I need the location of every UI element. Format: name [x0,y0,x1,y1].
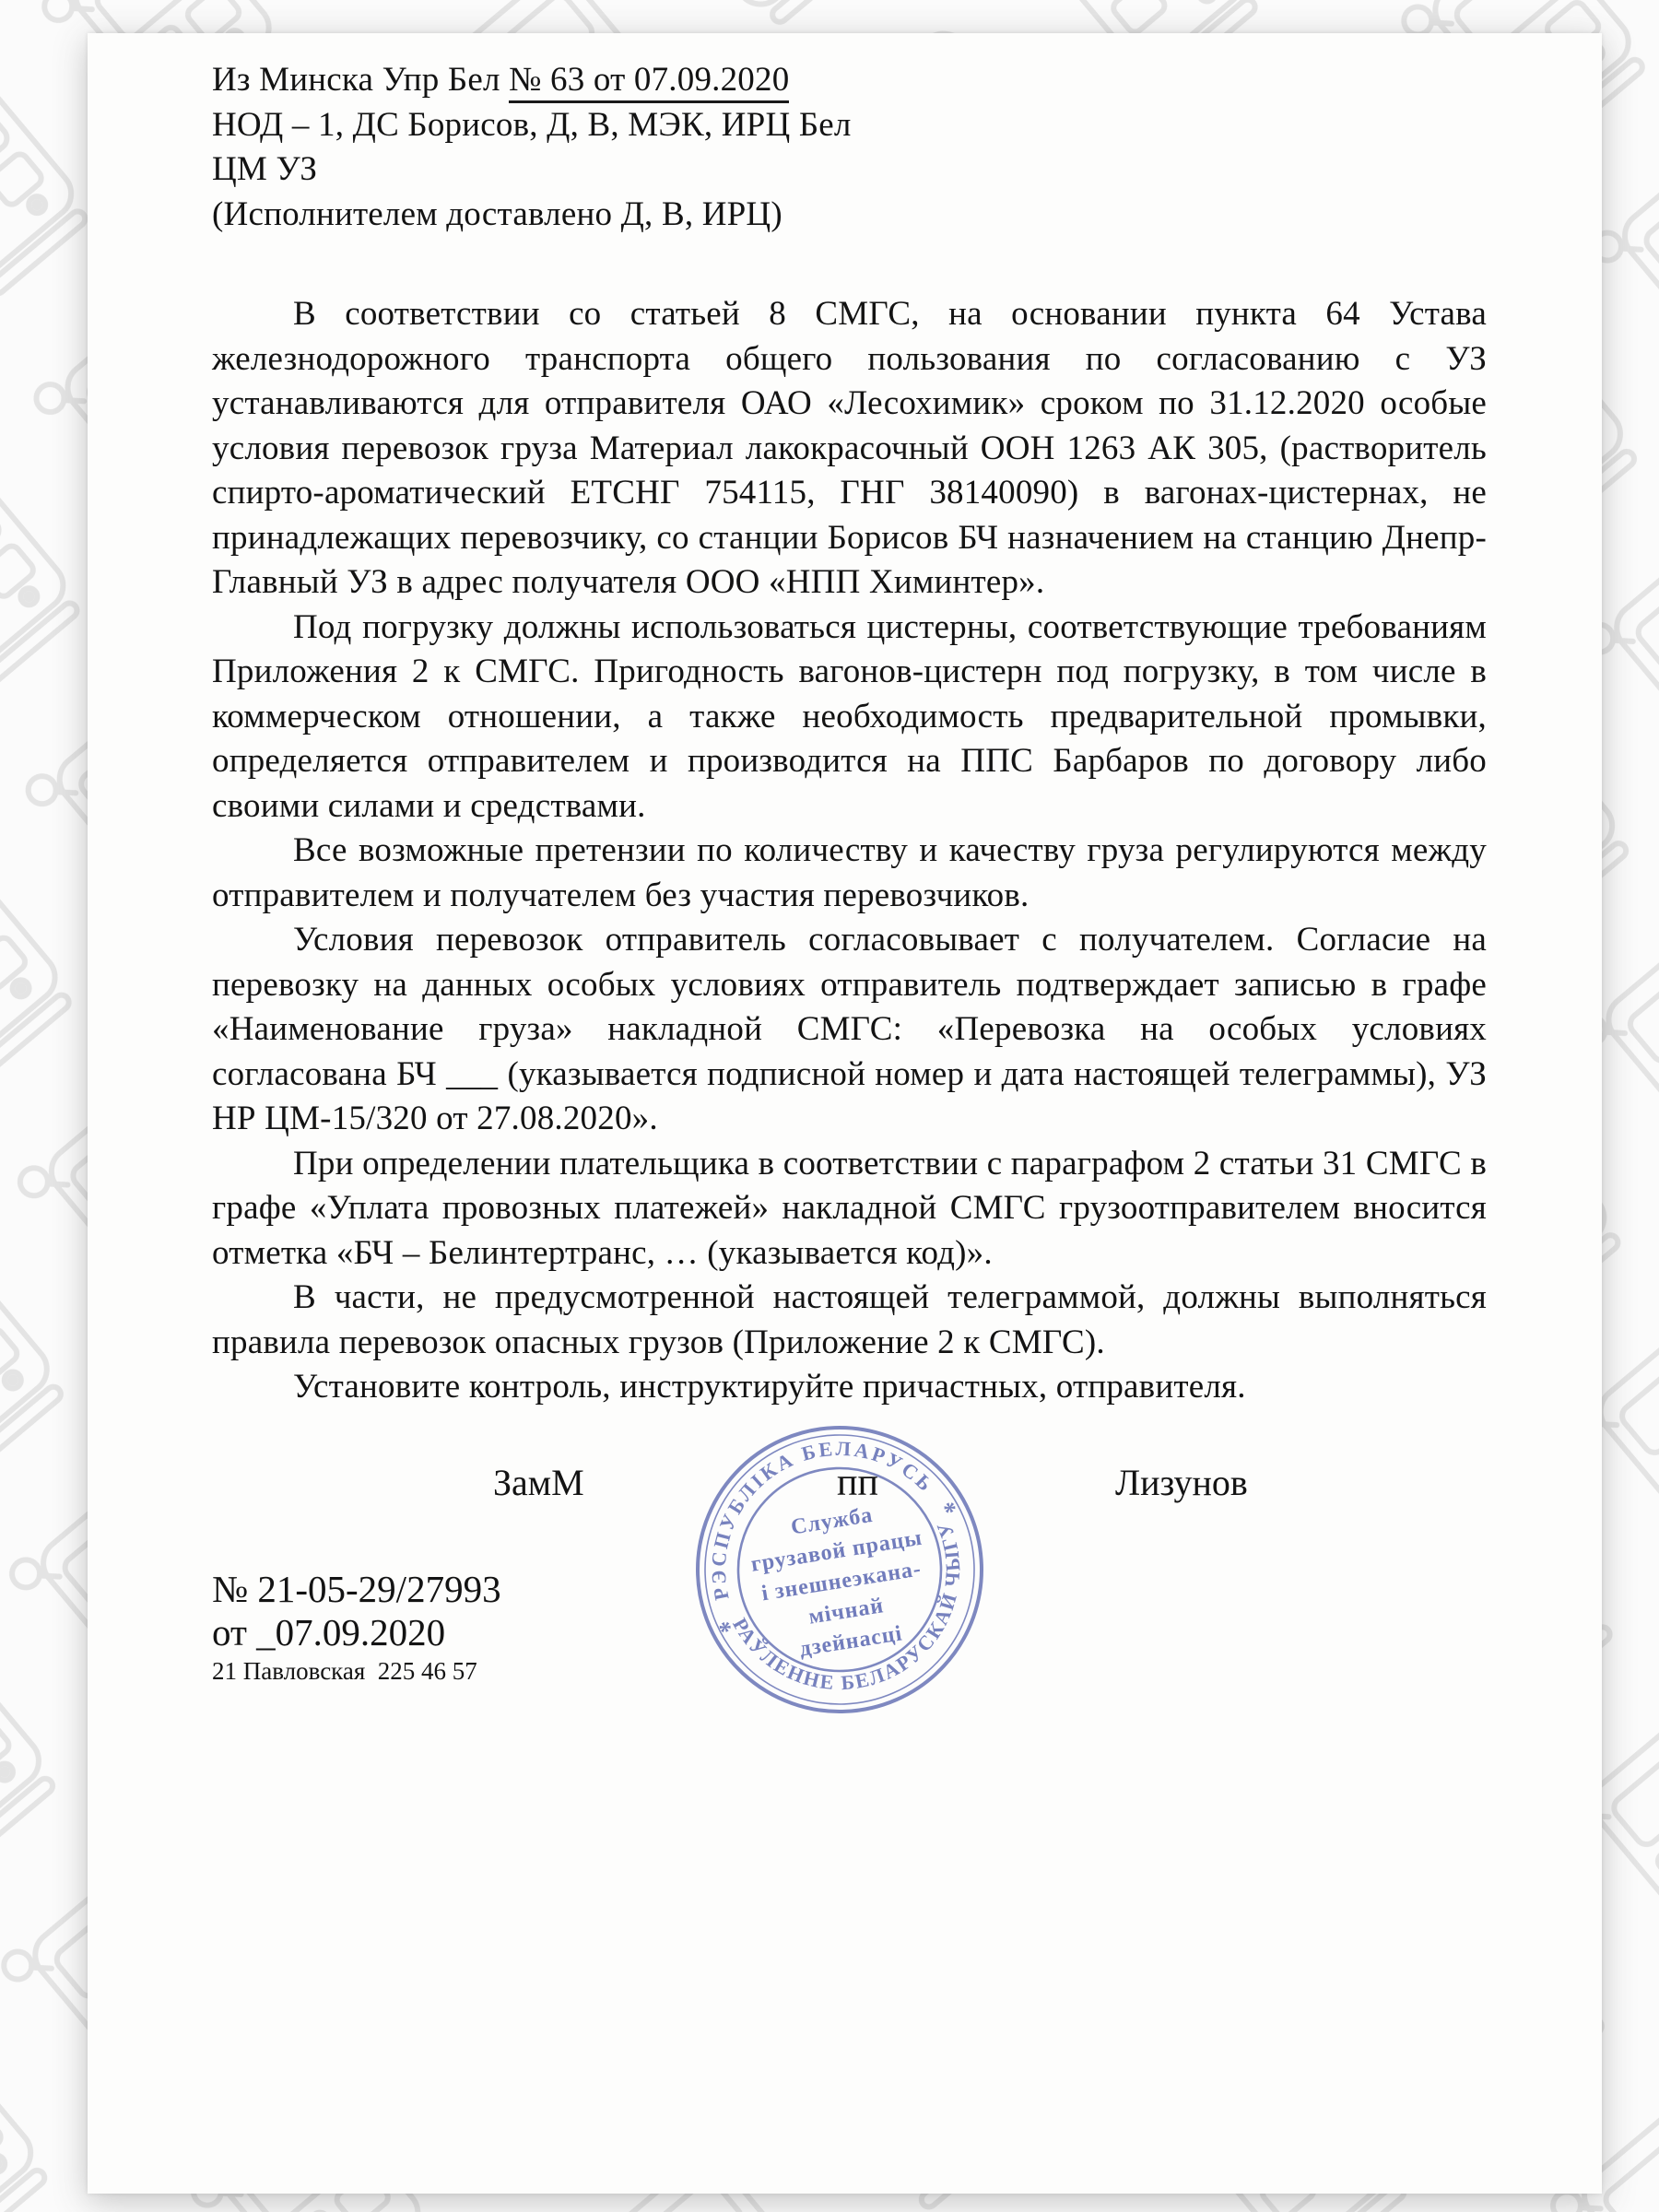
signature-name: Лизунов [1115,1461,1248,1504]
telegram-number-underlined: № 63 от 07.09.2020 [509,61,789,103]
round-stamp: РЭСПУБЛІКА БЕЛАРУСЬ УПРАЎЛЕННЕ БЕЛАРУСКА… [677,1407,1002,1732]
stamp-center-line: Служба [789,1503,875,1540]
header-line-4: (Исполнителем доставлено Д, В, ИРЦ) [212,193,1487,238]
paragraph: Условия перевозок отправитель согласовыв… [212,918,1487,1142]
stamp-center-line: мічнай [807,1594,886,1630]
paragraph: Под погрузку должны использоваться цисте… [212,606,1487,829]
header-line-1: Из Минска Упр Бел № 63 от 07.09.2020 [212,58,1487,103]
document-header: Из Минска Упр Бел № 63 от 07.09.2020 НОД… [212,58,1487,237]
document-footer: № 21-05-29/27993 от _07.09.2020 21 Павло… [212,1568,501,1686]
paragraph: Установите контроль, инструктируйте прич… [212,1365,1487,1410]
header-origin: Из Минска Упр Бел [212,61,509,99]
footer-executor-phone: 21 Павловская 225 46 57 [212,1656,501,1686]
header-line-3: ЦМ УЗ [212,147,1487,193]
paragraph: В соответствии со статьей 8 СМГС, на осн… [212,292,1487,606]
document-body: Из Минска Упр Бел № 63 от 07.09.2020 НОД… [88,33,1602,1410]
paragraph: В части, не предусмотренной настоящей те… [212,1276,1487,1365]
stamp-center-text: Служба грузавой працы і знешнеэкана- міч… [745,1496,938,1666]
footer-ref-date: от _07.09.2020 [212,1611,501,1654]
footer-ref-number: № 21-05-29/27993 [212,1568,501,1611]
paragraph: Все возможные претензии по количеству и … [212,829,1487,918]
signature-position-label: ЗамМ [493,1461,584,1504]
scanned-document-page: Из Минска Упр Бел № 63 от 07.09.2020 НОД… [88,33,1602,2194]
document-text: В соответствии со статьей 8 СМГС, на осн… [212,292,1487,1410]
paragraph: При определении плательщика в соответств… [212,1142,1487,1277]
header-line-2: НОД – 1, ДС Борисов, Д, В, МЭК, ИРЦ Бел [212,103,1487,148]
